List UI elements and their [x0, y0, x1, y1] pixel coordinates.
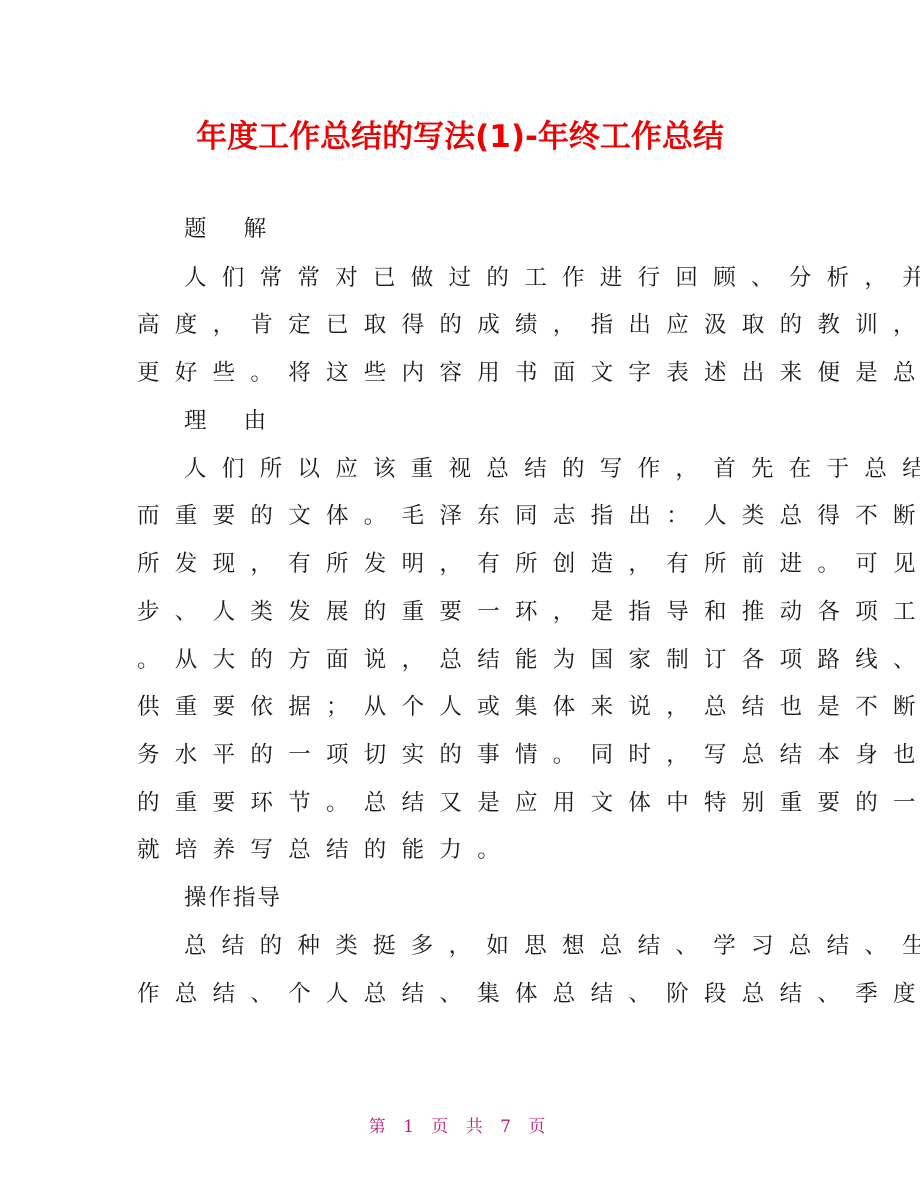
paragraph-line: 的重要环节。总结又是应用文体中特别重要的一种，应该从小: [137, 783, 797, 823]
paragraph-line: 高度，肯定已取得的成绩，指出应汲取的教训，以便今后做得: [137, 305, 797, 345]
paragraph-line: 总结的种类挺多，如思想总结、学习总结、生产总结、工: [184, 926, 844, 966]
paragraph-line: 所发现，有所发明，有所创造，有所前进。可见总结是社会进: [137, 544, 797, 584]
paragraph-line: 人们所以应该重视总结的写作，首先在于总结是一种常用: [184, 449, 844, 489]
paragraph-line: 。从大的方面说，总结能为国家制订各项路线、方针、政策提: [137, 640, 797, 680]
paragraph-line: 人们常常对已做过的工作进行回顾、分析，并提到理论的: [184, 258, 844, 298]
document-title: 年度工作总结的写法(1)-年终工作总结: [0, 115, 920, 159]
paragraph-line: 供重要依据；从个人或集体来说，总结也是不断提高思想、业: [137, 687, 797, 727]
section-heading: 理 由: [184, 401, 844, 441]
paragraph-line: 更好些。将这些内容用书面文字表述出来便是总结了。: [137, 353, 797, 393]
paragraph-line: 而重要的文体。毛泽东同志指出：人类总得不断总结经验，有: [137, 496, 797, 536]
paragraph-line: 就培养写总结的能力。: [137, 830, 797, 870]
paragraph-line: 步、人类发展的重要一环，是指导和推动各项工作的一个步骤: [137, 592, 797, 632]
section-heading: 操作指导: [184, 878, 844, 918]
document-page: 年度工作总结的写法(1)-年终工作总结 题 解 人们常常对已做过的工作进行回顾、…: [0, 0, 920, 1191]
paragraph-line: 作总结、个人总结、集体总结、阶段总结、季度总结、学期总: [137, 974, 797, 1014]
section-heading: 题 解: [184, 209, 844, 249]
paragraph-line: 务水平的一项切实的事情。同时，写总结本身也是总结过程中: [137, 735, 797, 775]
page-indicator: 第 1 页 共 7 页: [0, 1112, 920, 1137]
